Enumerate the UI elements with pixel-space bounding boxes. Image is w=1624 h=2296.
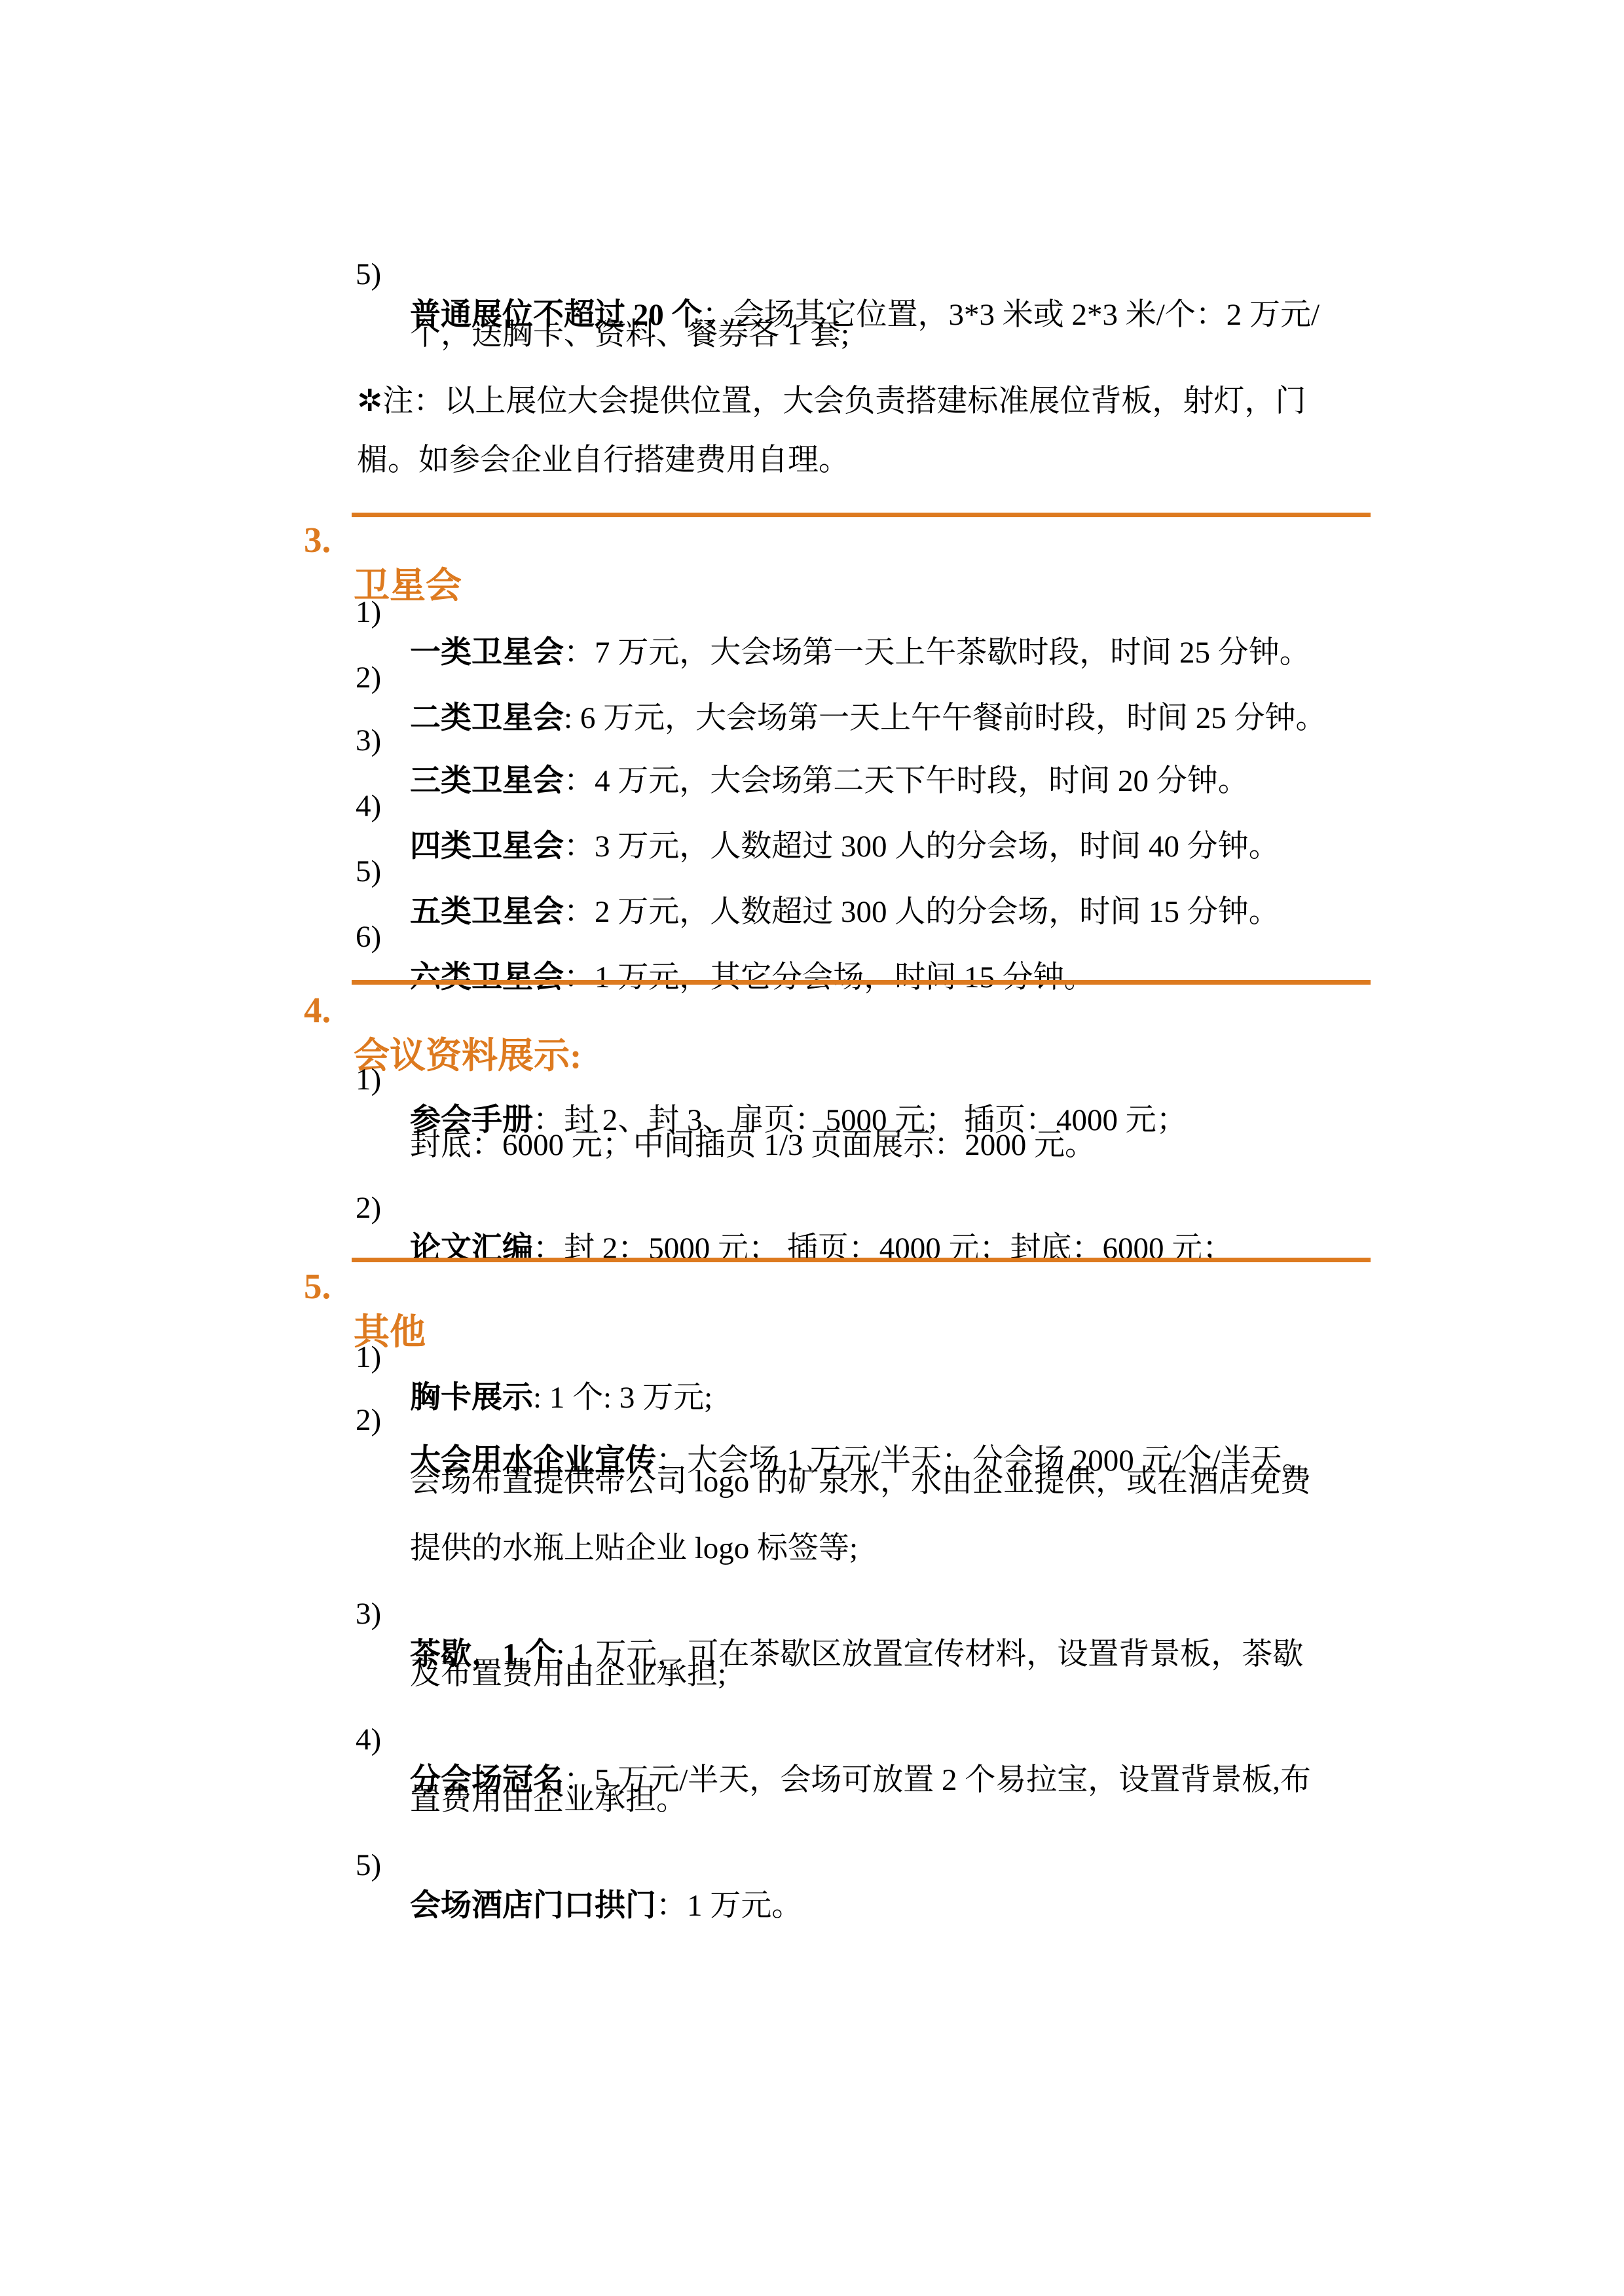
list-item: 5) 会场酒店门口拱门：1 万元。 bbox=[0, 1804, 1624, 1845]
list-item-body: 1 万元。 bbox=[687, 1889, 802, 1923]
note-line: ✲注：以上展位大会提供位置，大会负责搭建标准展位背板，射灯，门 bbox=[0, 340, 1624, 381]
list-item: 3) 茶歇，1 个: 1 万元，可在茶歇区放置宣传材料，设置背景板，茶歇 bbox=[0, 1553, 1624, 1594]
list-item: 4) 分会场冠名：5 万元/半天，会场可放置 2 个易拉宝，设置背景板,布 bbox=[0, 1679, 1624, 1719]
list-item-continuation: 置费用由企业承担。 bbox=[0, 1739, 1624, 1779]
list-item: 1) 胸卡展示: 1 个: 3 万元; bbox=[0, 1296, 1624, 1337]
list-item-separator: ： bbox=[656, 1889, 687, 1923]
note-line: 楣。如参会企业自行搭建费用自理。 bbox=[0, 399, 1624, 440]
section-heading-underline bbox=[352, 513, 1371, 517]
list-item-continuation: 封底：6000 元；中间插页 1/3 页面展示：2000 元。 bbox=[0, 1084, 1624, 1125]
list-item: 2) 二类卫星会: 6 万元，大会场第一天上午午餐前时段，时间 25 分钟。 bbox=[0, 617, 1624, 657]
list-item: 2) 大会用水企业宣传：大会场 1 万元/半天；分会场 2000 元/个/半天。 bbox=[0, 1359, 1624, 1400]
list-item: 1) 参会手册：封 2、封 3、扉页：5000 元； 插页：4000 元； bbox=[0, 1019, 1624, 1059]
list-item-continuation: 个，送胸卡、资料、餐券各 1 套; bbox=[0, 274, 1624, 314]
list-item-text: 会场酒店门口拱门：1 万元。 bbox=[410, 1886, 802, 1926]
section-heading-underline bbox=[352, 1258, 1371, 1262]
list-item: 2) 论文汇编：封 2：5000 元； 插页：4000 元；封底：6000 元； bbox=[0, 1147, 1624, 1188]
section-heading-underline bbox=[352, 980, 1371, 985]
document-page: 5) 普通展位不超过 20 个：会场其它位置，3*3 米或 2*3 米/个：2 … bbox=[0, 0, 1624, 2296]
section-heading: 3. 卫星会 bbox=[0, 471, 1624, 517]
list-item: 4) 四类卫星会：3 万元，人数超过 300 人的分会场，时间 40 分钟。 bbox=[0, 745, 1624, 786]
list-item: 6) 六类卫星会：1 万元，其它分会场，时间 15 分钟。 bbox=[0, 876, 1624, 917]
list-item-label: 会场酒店门口拱门 bbox=[410, 1889, 656, 1923]
list-item: 3) 三类卫星会：4 万元，大会场第二天下午时段，时间 20 分钟。 bbox=[0, 680, 1624, 720]
list-item-continuation: 及布置费用由企业承担; bbox=[0, 1613, 1624, 1654]
list-item: 5) 五类卫星会：2 万元，人数超过 300 人的分会场，时间 15 分钟。 bbox=[0, 811, 1624, 851]
list-item-number: 5) bbox=[356, 1845, 381, 1886]
list-item-continuation: 提供的水瓶上贴企业 logo 标签等; bbox=[0, 1487, 1624, 1528]
section-heading: 5. 其他 bbox=[0, 1218, 1624, 1264]
list-item: 1) 一类卫星会：7 万元，大会场第一天上午茶歇时段，时间 25 分钟。 bbox=[0, 551, 1624, 592]
list-item: 5) 普通展位不超过 20 个：会场其它位置，3*3 米或 2*3 米/个：2 … bbox=[0, 213, 1624, 254]
list-item-continuation: 会场布置提供带公司 logo 的矿泉水，水由企业提供，或在酒店免费 bbox=[0, 1421, 1624, 1461]
